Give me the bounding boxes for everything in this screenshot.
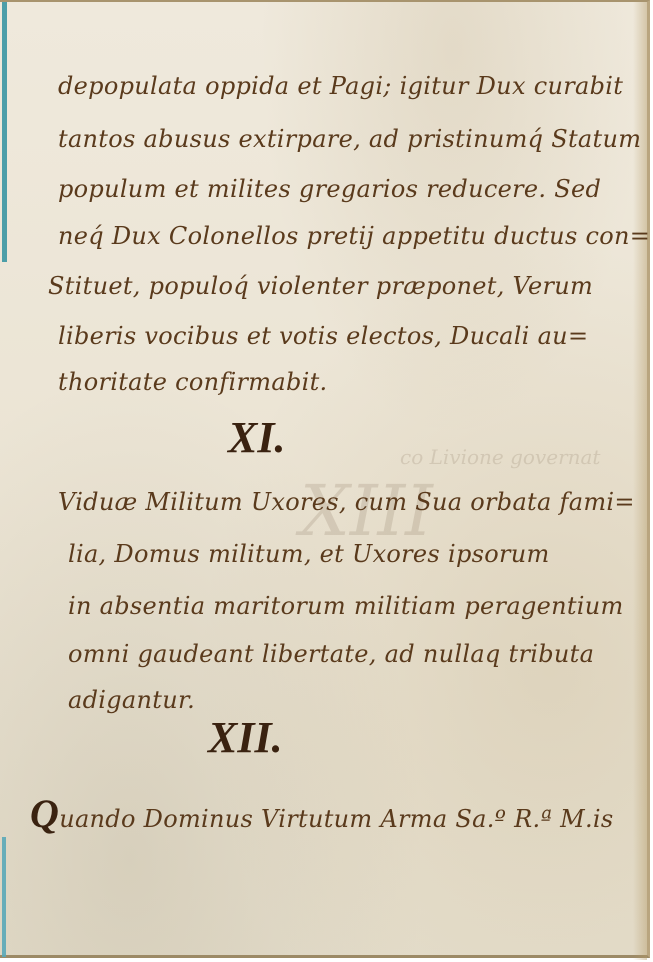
text-line: liberis vocibus et votis electos, Ducali… <box>58 322 588 350</box>
text-line: Stituet, populoq́ violenter præponet, Ve… <box>48 272 593 300</box>
text-line: Viduæ Militum Uxores, cum Sua orbata fam… <box>58 488 635 516</box>
bleed-through-text: co Livione governat <box>400 445 600 469</box>
section-heading-xii: XII. <box>208 712 283 763</box>
text-line: populum et milites gregarios reducere. S… <box>58 175 601 203</box>
drop-cap: Q <box>30 791 59 836</box>
text-line: in absentia maritorum militiam peragenti… <box>68 592 624 620</box>
text-line: omni gaudeant libertate, ad nullaq tribu… <box>68 640 594 668</box>
text-line: lia, Domus militum, et Uxores ipsorum <box>68 540 550 568</box>
text-line: tantos abusus extirpare, ad pristinumq́ … <box>58 125 641 153</box>
text-line-first-of-section: Quando Dominus Virtutum Arma Sa.º R.ª M.… <box>30 790 614 837</box>
first-line-text: uando Dominus Virtutum Arma Sa.º R.ª M.i… <box>59 805 613 833</box>
section-heading-xi: XI. <box>228 412 285 463</box>
manuscript-text: co Livione governat XIII depopulata oppi… <box>0 0 653 962</box>
text-line: thoritate confirmabit. <box>58 368 328 396</box>
text-line: neq́ Dux Colonellos pretij appetitu duct… <box>58 222 650 250</box>
text-line: depopulata oppida et Pagi; igitur Dux cu… <box>58 72 623 100</box>
text-line: adigantur. <box>68 686 195 714</box>
